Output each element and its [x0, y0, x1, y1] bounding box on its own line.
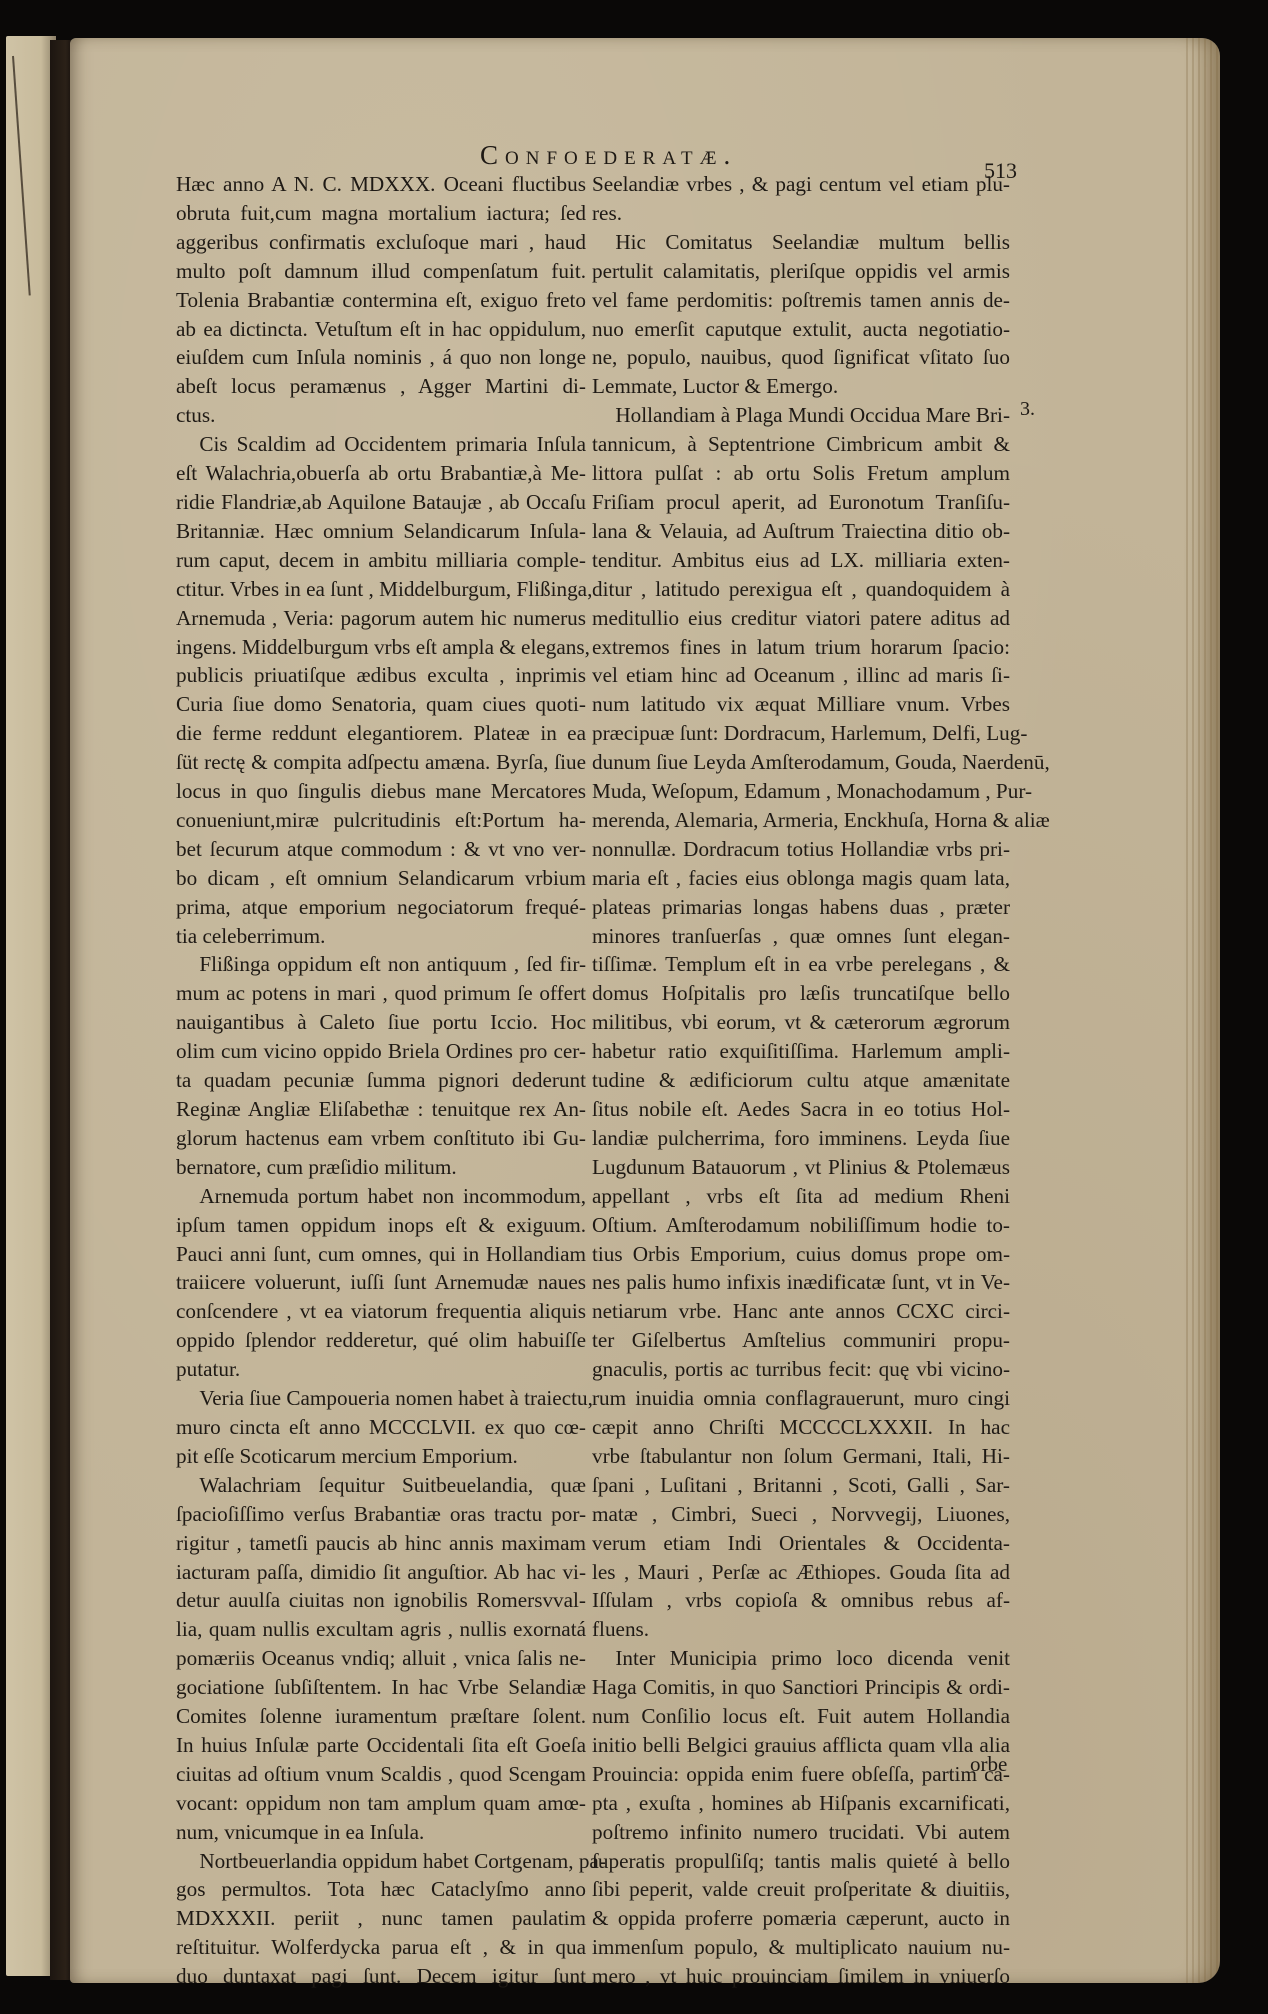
text-line: & oppida proferre pomæria cæperunt, auct… — [592, 1904, 1010, 1933]
text-line: pomæriis Oceanus vndiq; alluit , vnica ſ… — [176, 1644, 586, 1673]
text-line: publicis priuatiſque ædibus exculta , in… — [176, 661, 586, 690]
text-line: ſibi peperit, valde creuit proſperitate … — [592, 1875, 1010, 1904]
text-line: ta quadam pecuniæ ſumma pignori dederunt — [176, 1066, 586, 1095]
text-line: tenditur. Ambitus eius ad LX. milliaria … — [592, 546, 1010, 575]
text-line: ingens. Middelburgum vrbs eſt ampla & el… — [176, 633, 586, 662]
text-line: Nortbeuerlandia oppidum habet Cortgenam,… — [176, 1847, 586, 1876]
text-line: Prouincia: oppida enim fuere obſeſſa, pa… — [592, 1760, 1010, 1789]
text-line: ter Giſelbertus Amſtelius communiri prop… — [592, 1326, 1010, 1355]
text-line: ſpacioſiſſimo verſus Brabantiæ oras trac… — [176, 1500, 586, 1529]
left-text-column: Hæc anno A N. C. MDXXX. Oceani fluctibus… — [176, 170, 586, 1991]
text-line: les , Mauri , Perſæ ac Æthiopes. Gouda ſ… — [592, 1558, 1010, 1587]
text-line: Curia ſiue domo Senatoria, quam ciues qu… — [176, 690, 586, 719]
text-line: locus in quo ſingulis diebus mane Mercat… — [176, 777, 586, 806]
text-line: detur auulſa ciuitas non ignobilis Romer… — [176, 1586, 586, 1615]
text-line: ctitur. Vrbes in ea ſunt , Middelburgum,… — [176, 575, 586, 604]
text-line: maria eſt , facies eius oblonga magis qu… — [592, 864, 1010, 893]
text-line: traiicere voluerunt, iuſſi ſunt Arnemudæ… — [176, 1268, 586, 1297]
text-line: nes palis humo infixis inædificatæ ſunt,… — [592, 1268, 1010, 1297]
text-line: poſtremo infinito numero trucidati. Vbi … — [592, 1818, 1010, 1847]
text-line: Muda, Weſopum, Edamum , Monachodamum , P… — [592, 777, 1010, 806]
text-line: Haga Comitis, in quo Sanctiori Principis… — [592, 1673, 1010, 1702]
text-line: die ferme reddunt elegantiorem. Plateæ i… — [176, 719, 586, 748]
text-line: lana & Velauia, ad Auſtrum Traiectina di… — [592, 517, 1010, 546]
text-line: eiuſdem cum Inſula nominis , á quo non l… — [176, 343, 586, 372]
text-line: gnaculis, portis ac turribus fecit: quę … — [592, 1355, 1010, 1384]
text-line: Flißinga oppidum eſt non antiquum , ſed … — [176, 950, 586, 979]
text-line: fluens. — [592, 1615, 1010, 1644]
text-line: Hæc anno A N. C. MDXXX. Oceani fluctibus — [176, 170, 586, 199]
text-line: ipſum tamen oppidum inops eſt & exiguum. — [176, 1211, 586, 1240]
text-line: tannicum, à Septentrione Cimbricum ambit… — [592, 430, 1010, 459]
right-text-column: Seelandiæ vrbes , & pagi centum vel etia… — [592, 170, 1010, 1991]
text-line: mum ac potens in mari , quod primum ſe o… — [176, 979, 586, 1008]
text-line: iacturam paſſa, dimidio ſit anguſtior. A… — [176, 1558, 586, 1587]
text-line: Seelandiæ vrbes , & pagi centum vel etia… — [592, 170, 1010, 199]
text-line: pta , exuſta , homines ab Hiſpanis excar… — [592, 1789, 1010, 1818]
text-line: landiæ pulcherrima, foro imminens. Leyda… — [592, 1124, 1010, 1153]
running-head: Confoederatæ. — [480, 140, 737, 171]
text-line: eſt Walachria,obuerſa ab ortu Brabantiæ,… — [176, 459, 586, 488]
text-line: initio belli Belgici grauius afflicta qu… — [592, 1731, 1010, 1760]
catchword: orbe — [970, 1752, 1007, 1777]
text-line: vocant: oppidum non tam amplum quam amœ- — [176, 1789, 586, 1818]
text-line: glorum hactenus eam vrbem conſtituto ibi… — [176, 1124, 586, 1153]
text-line: olim cum vicino oppido Briela Ordines pr… — [176, 1037, 586, 1066]
text-line: Arnemuda , Veria: pagorum autem hic nume… — [176, 604, 586, 633]
text-line: Arnemuda portum habet non incommodum, — [176, 1182, 586, 1211]
text-line: merenda, Alemaria, Armeria, Enckhuſa, Ho… — [592, 806, 1010, 835]
text-line: num latitudo vix æquat Milliare vnum. Vr… — [592, 690, 1010, 719]
text-line: cæpit anno Chriſti MCCCCLXXXII. In hac — [592, 1413, 1010, 1442]
text-line: militibus, vbi eorum, vt & cæterorum ægr… — [592, 1008, 1010, 1037]
text-line: prima, atque emporium negociatorum frequ… — [176, 893, 586, 922]
text-line: vel etiam hinc ad Oceanum , illinc ad ma… — [592, 661, 1010, 690]
text-line: gos permultos. Tota hæc Cataclyſmo anno — [176, 1875, 586, 1904]
text-line: vrbe ſtabulantur non ſolum Germani, Ital… — [592, 1442, 1010, 1471]
text-line: reſtituitur. Wolferdycka parua eſt , & i… — [176, 1933, 586, 1962]
text-line: ſüt rectę & compita adſpectu amæna. Byrſ… — [176, 748, 586, 777]
text-line: appellant , vrbs eſt ſita ad medium Rhen… — [592, 1182, 1010, 1211]
text-line: abeſt locus peramænus , Agger Martini di… — [176, 372, 586, 401]
text-line: ditur , latitudo perexigua eſt , quandoq… — [592, 575, 1010, 604]
text-line: præcipuæ ſunt: Dordracum, Harlemum, Delf… — [592, 719, 1010, 748]
text-line: Comites ſolenne iuramentum præſtare ſole… — [176, 1702, 586, 1731]
text-line: dunum ſiue Leyda Amſterodamum, Gouda, Na… — [592, 748, 1010, 777]
text-line: duo duntaxat pagi ſunt. Decem igitur ſun… — [176, 1962, 586, 1991]
text-line: Hollandiam à Plaga Mundi Occidua Mare Br… — [592, 401, 1010, 430]
text-line: vel fame perdomitis: poſtremis tamen ann… — [592, 286, 1010, 315]
text-line: ne, populo, nauibus, quod ſignificat vſi… — [592, 343, 1010, 372]
text-line: nuo emerſit caputque extulit, aucta nego… — [592, 315, 1010, 344]
text-line: Britanniæ. Hæc omnium Selandicarum Inſul… — [176, 517, 586, 546]
margin-note: 3. — [1020, 398, 1035, 421]
text-line: mero , vt huic prouinciam ſimilem in vni… — [592, 1962, 1010, 1991]
text-line: putatur. — [176, 1355, 586, 1384]
text-line: conſcendere , vt ea viatorum frequentia … — [176, 1297, 586, 1326]
text-line: pit eſſe Scoticarum mercium Emporium. — [176, 1442, 586, 1471]
text-line: bo dicam , eſt omnium Selandicarum vrbiu… — [176, 864, 586, 893]
text-line: nonnullæ. Dordracum totius Hollandiæ vrb… — [592, 835, 1010, 864]
text-line: Reginæ Angliæ Eliſabethæ : tenuitque rex… — [176, 1095, 586, 1124]
text-line: conueniunt,miræ pulcritudinis eſt:Portum… — [176, 806, 586, 835]
text-line: Tolenia Brabantiæ contermina eſt, exiguo… — [176, 286, 586, 315]
text-line: res. — [592, 199, 1010, 228]
text-line: immenſum populo, & multiplicato nauium n… — [592, 1933, 1010, 1962]
text-line: Lugdunum Batauorum , vt Plinius & Ptolem… — [592, 1153, 1010, 1182]
text-line: bernatore, cum præſidio militum. — [176, 1153, 586, 1182]
text-line: ſitus nobile eſt. Aedes Sacra in eo toti… — [592, 1095, 1010, 1124]
text-line: ridie Flandriæ,ab Aquilone Bataujæ , ab … — [176, 488, 586, 517]
text-line: Veria ſiue Campoueria nomen habet à trai… — [176, 1384, 586, 1413]
text-line: pertulit calamitatis, pleriſque oppidis … — [592, 257, 1010, 286]
text-line: ſpani , Luſitani , Britanni , Scoti, Gal… — [592, 1471, 1010, 1500]
text-line: lia, quam nullis excultam agris , nullis… — [176, 1615, 586, 1644]
text-line: matæ , Cimbri, Sueci , Norvvegij, Liuone… — [592, 1500, 1010, 1529]
text-line: tia celeberrimum. — [176, 922, 586, 951]
text-line: In huius Inſulæ parte Occidentali ſita e… — [176, 1731, 586, 1760]
text-line: Inter Municipia primo loco dicenda venit — [592, 1644, 1010, 1673]
text-line: Cis Scaldim ad Occidentem primaria Inſul… — [176, 430, 586, 459]
text-line: verum etiam Indi Orientales & Occidenta- — [592, 1529, 1010, 1558]
text-line: littora pulſat : ab ortu Solis Fretum am… — [592, 459, 1010, 488]
text-line: Oſtium. Amſterodamum nobiliſſimum hodie … — [592, 1211, 1010, 1240]
text-line: nauigantibus à Caleto ſiue portu Iccio. … — [176, 1008, 586, 1037]
text-line: num Conſilio locus eſt. Fuit autem Holla… — [592, 1702, 1010, 1731]
text-line: habetur ratio exquiſitiſſima. Harlemum a… — [592, 1037, 1010, 1066]
text-line: Friſiam procul aperit, ad Euronotum Tran… — [592, 488, 1010, 517]
text-line: Iſſulam , vrbs copioſa & omnibus rebus a… — [592, 1586, 1010, 1615]
text-line: rum inuidia omnia conflagrauerunt, muro … — [592, 1384, 1010, 1413]
text-line: MDXXXII. periit , nunc tamen paulatim — [176, 1904, 586, 1933]
text-line: bet ſecurum atque commodum : & vt vno ve… — [176, 835, 586, 864]
text-line: multo poſt damnum illud compenſatum fuit… — [176, 257, 586, 286]
text-line: tudine & ædificiorum cultu atque amænita… — [592, 1066, 1010, 1095]
text-line: minores tranſuerſas , quæ omnes ſunt ele… — [592, 922, 1010, 951]
text-line: oppido ſplendor redderetur, qué olim hab… — [176, 1326, 586, 1355]
text-line: gociatione ſubſiſtentem. In hac Vrbe Sel… — [176, 1673, 586, 1702]
text-line: tiſſimæ. Templum eſt in ea vrbe perelega… — [592, 950, 1010, 979]
text-line: Walachriam ſequitur Suitbeuelandia, quæ — [176, 1471, 586, 1500]
text-line: rum caput, decem in ambitu milliaria com… — [176, 546, 586, 575]
text-line: netiarum vrbe. Hanc ante annos CCXC circ… — [592, 1297, 1010, 1326]
text-line: ſuperatis propulſiſq; tantis malis quiet… — [592, 1847, 1010, 1876]
text-line: Lemmate, Luctor & Emergo. — [592, 372, 1010, 401]
text-line: Pauci anni ſunt, cum omnes, qui in Holla… — [176, 1240, 586, 1269]
text-line: tius Orbis Emporium, cuius domus prope o… — [592, 1240, 1010, 1269]
text-line: aggeribus confirmatis excluſoque mari , … — [176, 228, 586, 257]
text-line: plateas primarias longas habens duas , p… — [592, 893, 1010, 922]
text-line: ciuitas ad oſtium vnum Scaldis , quod Sc… — [176, 1760, 586, 1789]
text-line: ctus. — [176, 401, 586, 430]
previous-page-edge — [6, 36, 56, 1976]
text-line: Hic Comitatus Seelandiæ multum bellis — [592, 228, 1010, 257]
text-line: extremos fines in latum trium horarum ſp… — [592, 633, 1010, 662]
text-line: muro cincta eſt anno MCCCLVII. ex quo cœ… — [176, 1413, 586, 1442]
text-line: ab ea dictincta. Vetuſtum eſt in hac opp… — [176, 315, 586, 344]
text-line: rigitur , tametſi paucis ab hinc annis m… — [176, 1529, 586, 1558]
text-line: meditullio eius creditur viatori patere … — [592, 604, 1010, 633]
text-line: num, vnicumque in ea Inſula. — [176, 1818, 586, 1847]
text-line: obruta fuit,cum magna mortalium iactura;… — [176, 199, 586, 228]
text-line: domus Hoſpitalis pro læſis truncatiſque … — [592, 979, 1010, 1008]
